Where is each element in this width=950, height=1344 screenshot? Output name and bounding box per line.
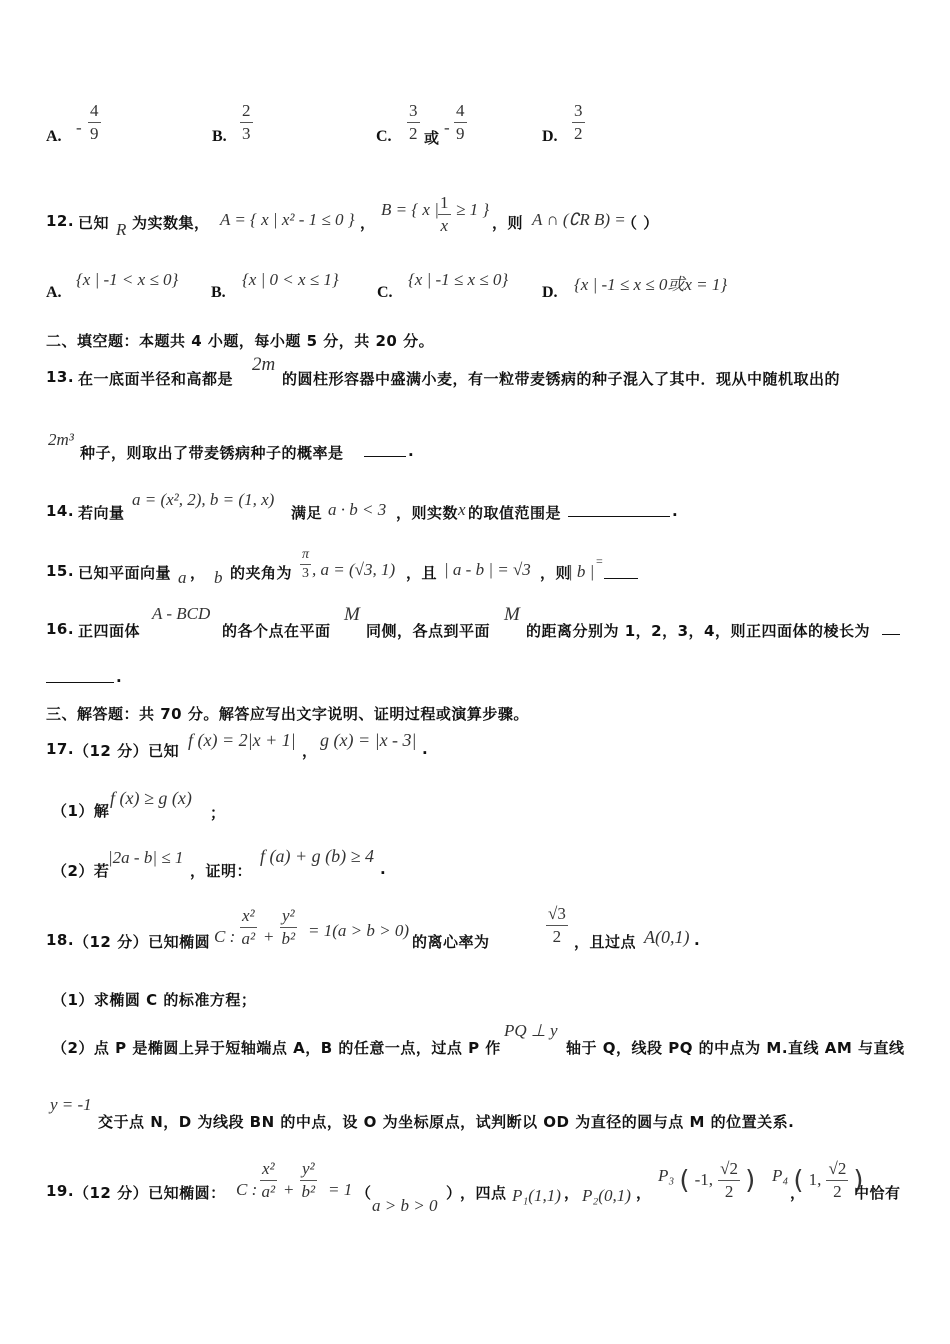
q12-option-c-label: C. bbox=[377, 284, 393, 302]
q15-angle-fraction: π3 bbox=[300, 548, 311, 581]
q13-number: 13. bbox=[46, 368, 74, 386]
q19-point-p1: P₁(1,1) bbox=[512, 1186, 561, 1206]
q19-x-fraction: x²a² bbox=[260, 1160, 277, 1201]
q17-f-definition: f (x) = 2|x + 1| bbox=[188, 730, 296, 751]
q11-options: A. - 49 B. 23 C. 32 或 - 49 D. 32 bbox=[46, 100, 926, 160]
question-19: 19. （12 分）已知椭圆： C : x²a² + y²b² = 1 （ a … bbox=[46, 1160, 926, 1230]
q11-option-c-fraction2: 49 bbox=[454, 102, 467, 143]
q11-option-a-fraction: 49 bbox=[88, 102, 101, 143]
q12-option-d-label: D. bbox=[542, 284, 558, 302]
q14-answer-blank[interactable] bbox=[568, 516, 670, 517]
q12-set-b-fraction: 1x bbox=[438, 194, 451, 235]
q11-option-c-label: C. bbox=[376, 128, 392, 146]
q17-part-2-label: （2）若 bbox=[52, 860, 109, 881]
q18-eccentricity-fraction: √32 bbox=[546, 905, 568, 946]
q13-answer-blank[interactable] bbox=[364, 456, 406, 457]
q19-point-p4: P₄ ( 1, √22 ) bbox=[772, 1160, 864, 1201]
q19-point-p3: P₃ ( -1, √22 ) bbox=[658, 1160, 755, 1201]
q11-option-b-label: B. bbox=[212, 128, 227, 146]
q18-y-fraction: y²b² bbox=[280, 907, 297, 948]
q18-number: 18. bbox=[46, 931, 74, 949]
q18-part-2c: 交于点 N，D 为线段 BN 的中点，设 O 为坐标原点，试判断以 OD 为直径… bbox=[98, 1111, 794, 1132]
q11-option-b-fraction: 23 bbox=[240, 102, 253, 143]
question-14: 14. 若向量 a = (x², 2), b = (1, x) 满足 a · b… bbox=[46, 488, 926, 528]
q19-y-fraction: y²b² bbox=[300, 1160, 317, 1201]
section-3-heading: 三、解答题：共 70 分。解答应写出文字说明、证明过程或演算步骤。 bbox=[46, 703, 529, 724]
q12-option-d-value: {x | -1 ≤ x ≤ 0或x = 1} bbox=[574, 270, 727, 295]
q11-option-c-sign: - bbox=[444, 118, 450, 138]
q12-expression: A ∩ (∁R B) = bbox=[532, 210, 626, 230]
q17-g-definition: g (x) = |x - 3| bbox=[320, 730, 417, 751]
q12-option-b-value: {x | 0 < x ≤ 1} bbox=[242, 270, 339, 290]
q11-option-c-or: 或 bbox=[424, 127, 440, 148]
q11-option-d-fraction: 32 bbox=[572, 102, 585, 143]
q18-part-2b: 轴于 Q，线段 PQ 的中点为 M.直线 AM 与直线 bbox=[566, 1037, 905, 1058]
q18-part-1: （1）求椭圆 C 的标准方程； bbox=[52, 989, 256, 1010]
q17-number: 17. bbox=[46, 740, 74, 758]
question-18: 18. （12 分）已知椭圆 C : x²a² + y²b² = 1(a > b… bbox=[46, 905, 926, 1125]
q11-option-d-label: D. bbox=[542, 128, 558, 146]
q12-set-b-prefix: B = { x | bbox=[381, 200, 439, 220]
q11-option-a-label: A. bbox=[46, 128, 62, 146]
q15-answer-blank[interactable] bbox=[604, 578, 638, 579]
q18-part-2a: （2）点 P 是椭圆上异于短轴端点 A，B 的任意一点，过点 P 作 bbox=[52, 1037, 501, 1058]
q11-option-c-fraction1: 32 bbox=[407, 102, 420, 143]
question-12: 12. 已知 R 为实数集， A = { x | x² - 1 ≤ 0 } ， … bbox=[46, 196, 926, 246]
question-13: 13. 在一底面半径和高都是 2m 的圆柱形容器中盛满小麦，有一粒带麦锈病的种子… bbox=[46, 352, 926, 462]
q12-answer-paren: （ ） bbox=[622, 212, 659, 233]
q19-number: 19. bbox=[46, 1182, 74, 1200]
q15-number: 15. bbox=[46, 562, 74, 580]
q12-set-a: A = { x | x² - 1 ≤ 0 } bbox=[220, 210, 355, 230]
q16-answer-blank-1[interactable] bbox=[882, 634, 900, 635]
q12-option-a-label: A. bbox=[46, 284, 62, 302]
q14-vectors: a = (x², 2), b = (1, x) bbox=[132, 490, 274, 510]
q16-answer-blank-2[interactable] bbox=[46, 682, 114, 683]
question-16: 16. 正四面体 A - BCD 的各个点在平面 M 同侧，各点到平面 M 的距… bbox=[46, 602, 926, 692]
q12-number: 12. bbox=[46, 212, 74, 230]
q17-part-1-expr: f (x) ≥ g (x) bbox=[110, 788, 192, 809]
question-17: 17. （12 分）已知 f (x) = 2|x + 1| ， g (x) = … bbox=[46, 728, 926, 888]
q18-x-fraction: x²a² bbox=[240, 907, 257, 948]
q12-option-b-label: B. bbox=[211, 284, 226, 302]
question-15: 15. 已知平面向量 a ， b 的夹角为 π3 , a = (√3, 1) ，… bbox=[46, 548, 926, 592]
q16-number: 16. bbox=[46, 620, 74, 638]
q14-number: 14. bbox=[46, 502, 74, 520]
q12-option-c-value: {x | -1 ≤ x ≤ 0} bbox=[408, 270, 508, 290]
q12-option-a-value: {x | -1 < x ≤ 0} bbox=[76, 270, 178, 290]
q11-option-a-sign: - bbox=[76, 118, 82, 138]
q12-options: A. {x | -1 < x ≤ 0} B. {x | 0 < x ≤ 1} C… bbox=[46, 268, 926, 308]
section-2-heading: 二、填空题：本题共 4 小题，每小题 5 分，共 20 分。 bbox=[46, 330, 434, 351]
q17-part-1-label: （1）解 bbox=[52, 800, 109, 821]
q19-point-p2: P₂(0,1) bbox=[582, 1186, 631, 1206]
